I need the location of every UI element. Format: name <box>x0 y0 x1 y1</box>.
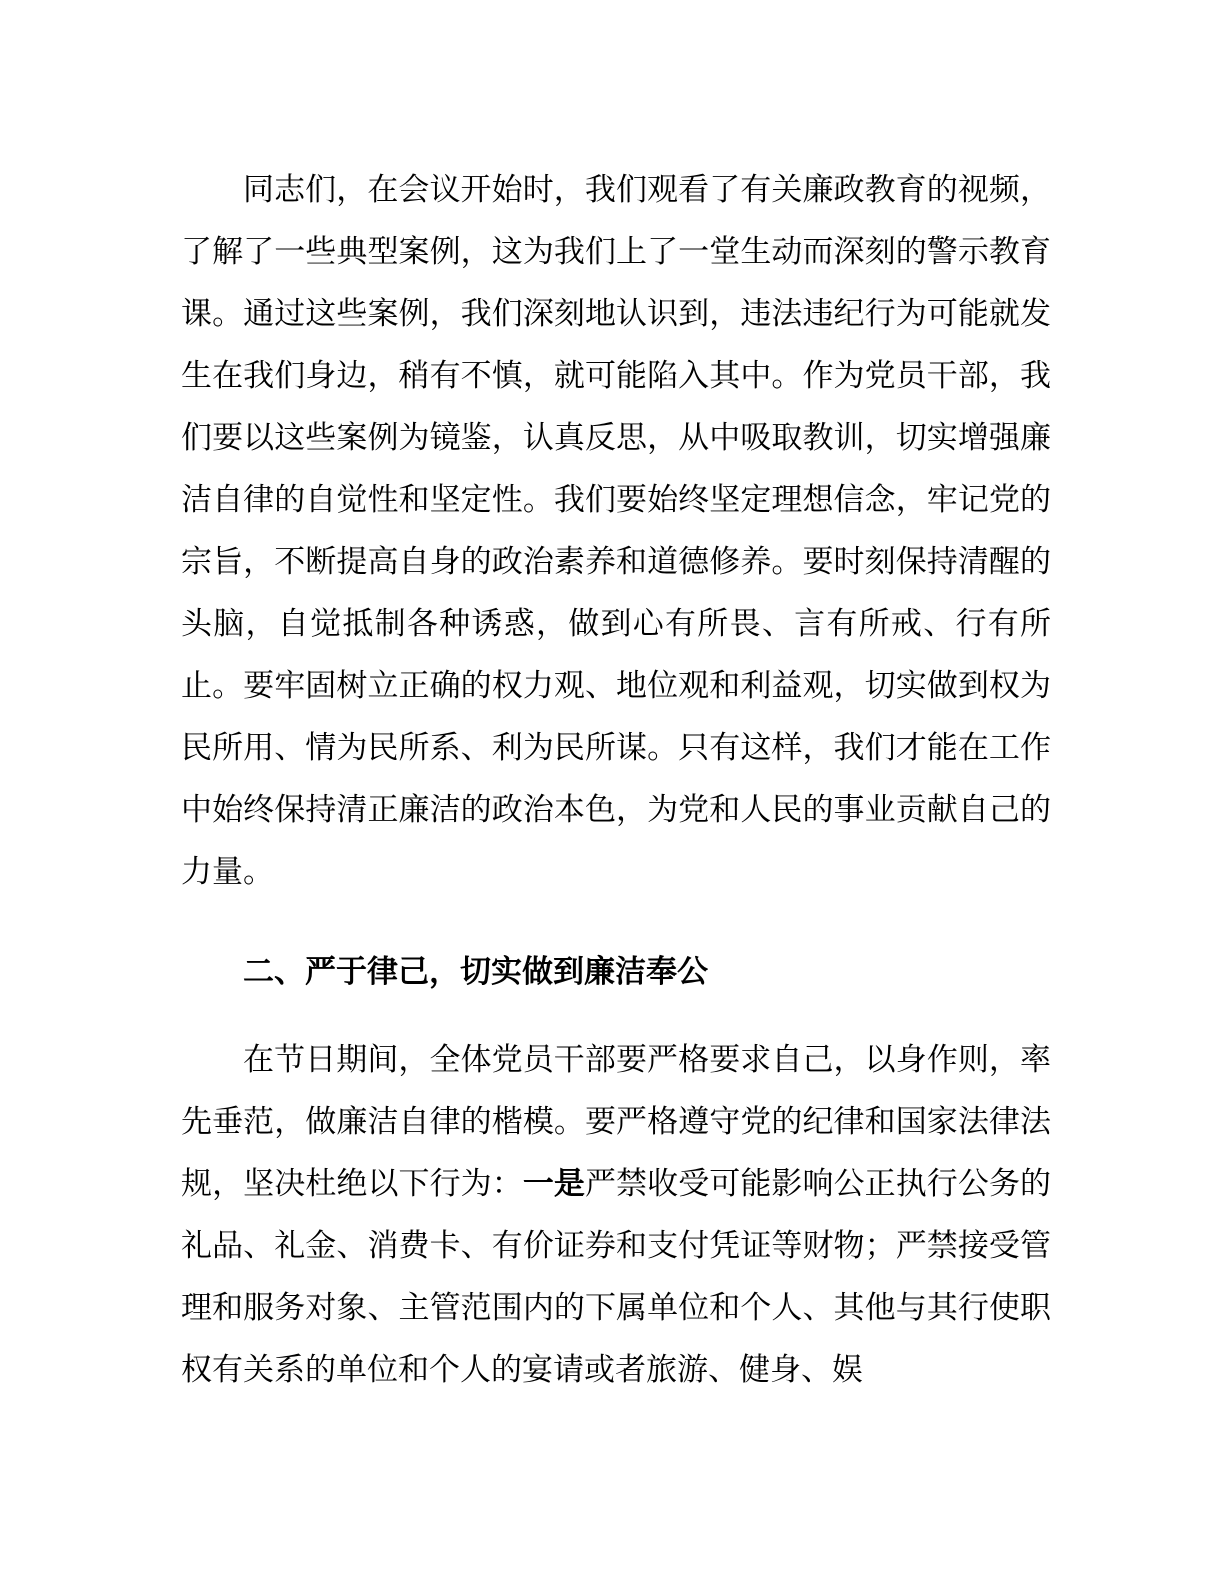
document-text-block: 同志们，在会议开始时，我们观看了有关廉政教育的视频，了解了一些典型案例，这为我们… <box>181 159 1051 1401</box>
paragraph-self-discipline: 在节日期间，全体党员干部要严格要求自己，以身作则，率先垂范，做廉洁自律的楷模。要… <box>181 1029 1051 1401</box>
paragraph-warning-education: 同志们，在会议开始时，我们观看了有关廉政教育的视频，了解了一些典型案例，这为我们… <box>181 159 1051 903</box>
section-heading-two: 二、严于律己，切实做到廉洁奉公 <box>181 941 1051 1003</box>
document-page: 同志们，在会议开始时，我们观看了有关廉政教育的视频，了解了一些典型案例，这为我们… <box>0 0 1224 1584</box>
list-marker-yishi: 一是 <box>523 1166 585 1201</box>
